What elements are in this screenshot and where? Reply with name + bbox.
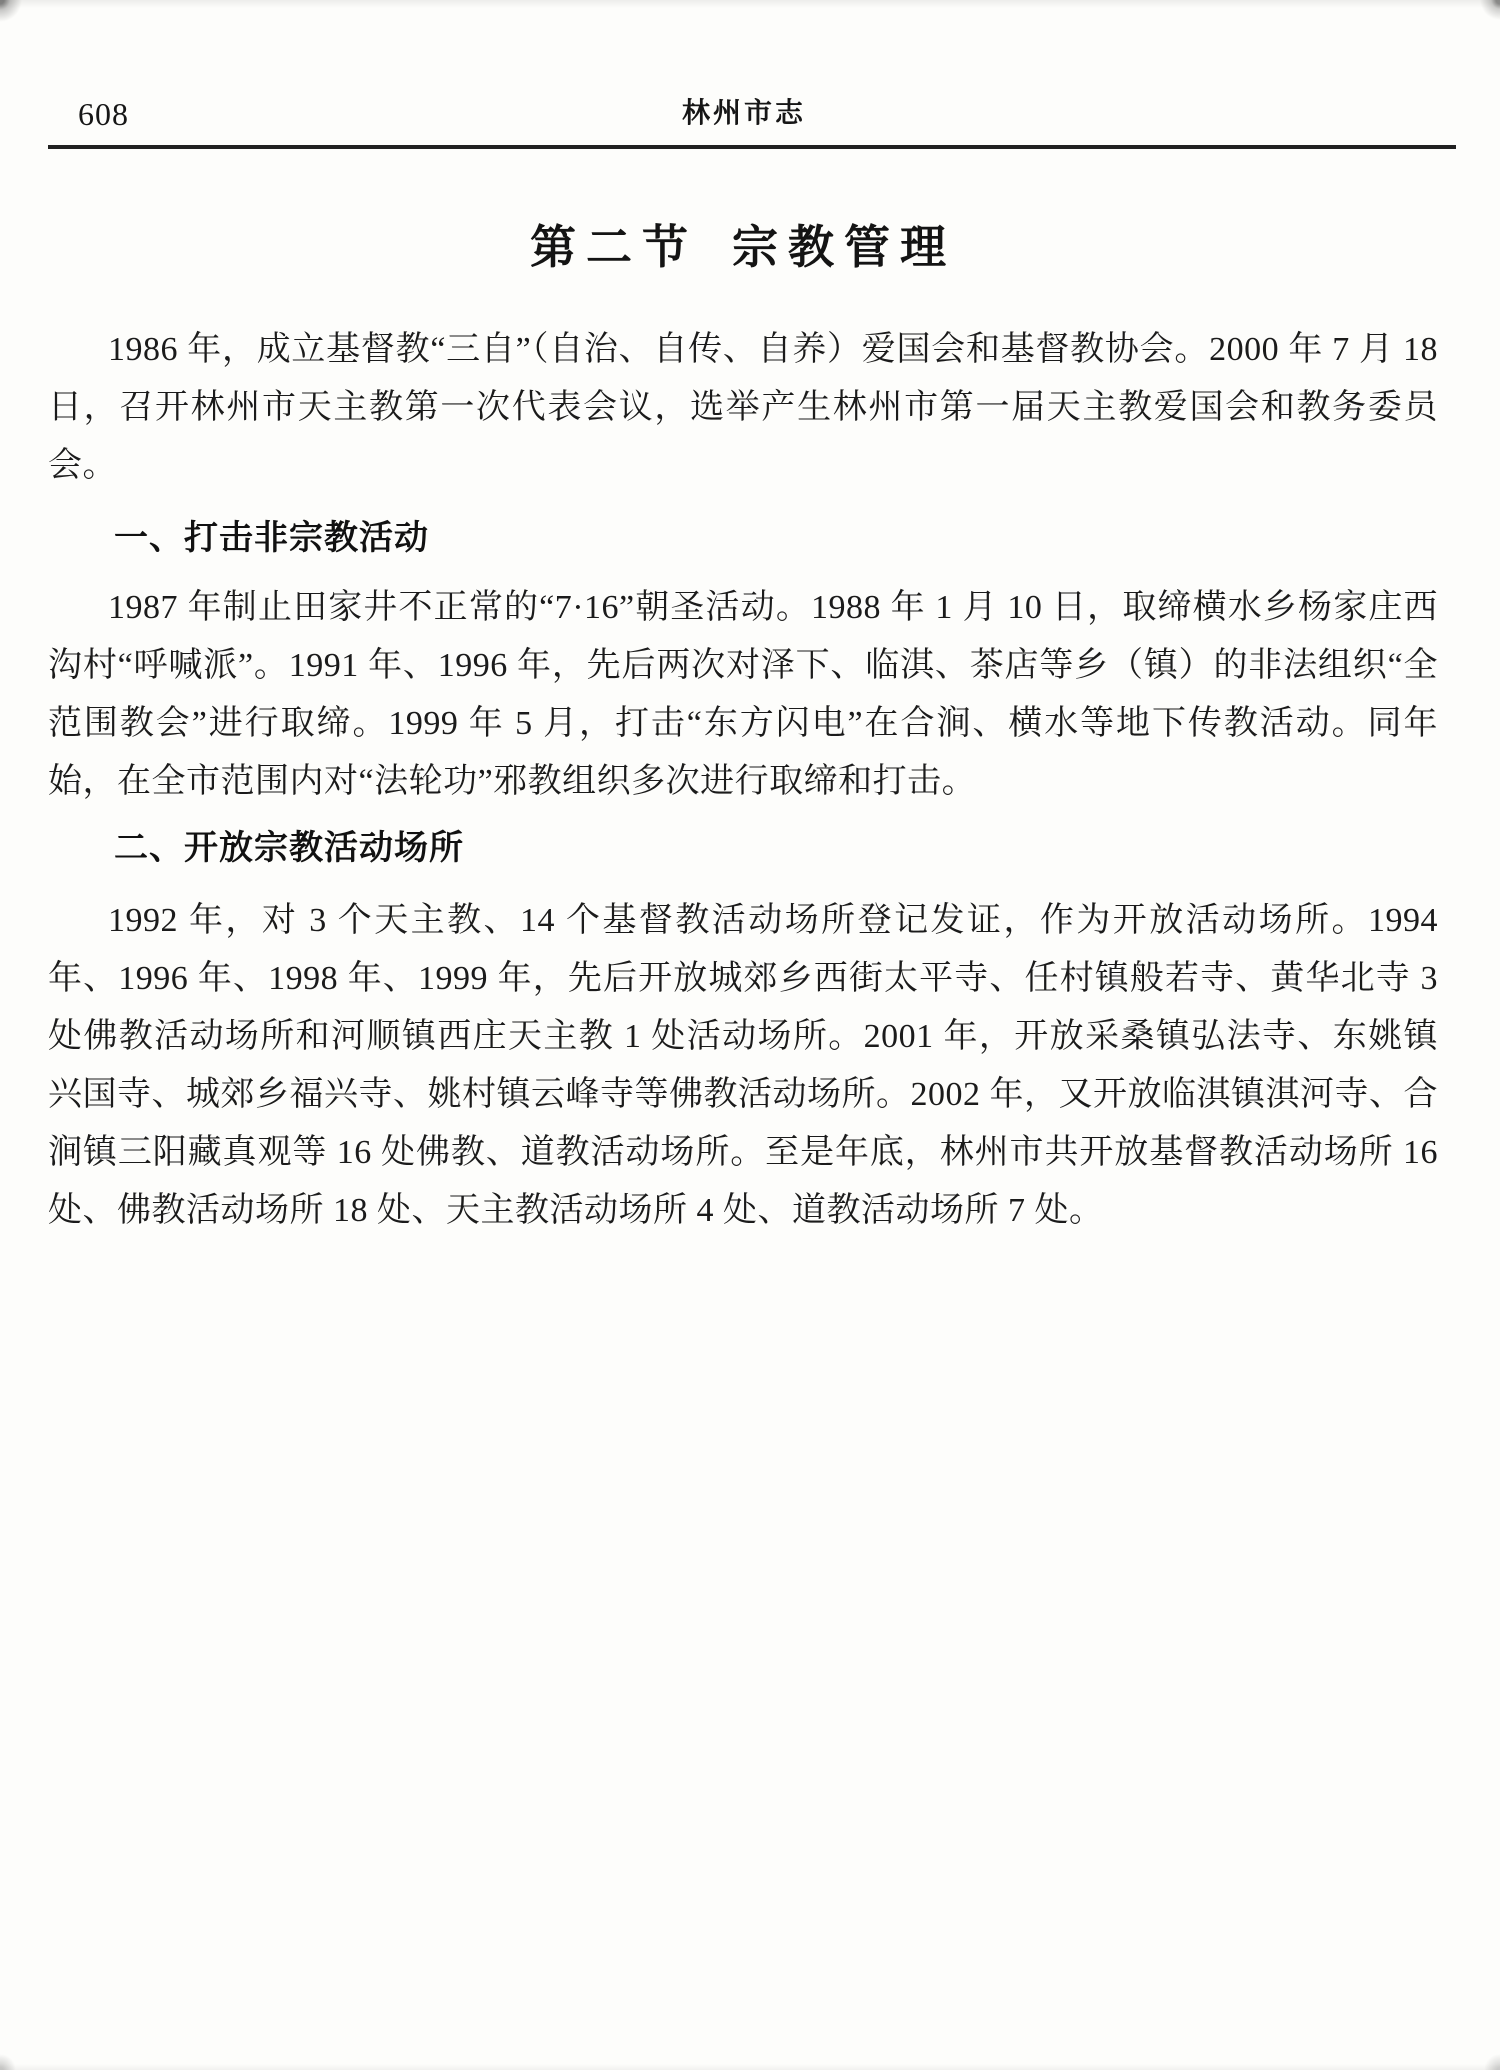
section-title-number: 第二节	[530, 222, 698, 273]
text-column: 第二节宗教管理 1986 年，成立基督教“三自”（自治、自传、自养）爱国会和基督…	[48, 0, 1438, 1240]
subsection-heading-1: 一、打击非宗教活动	[48, 515, 1438, 561]
section-title: 第二节宗教管理	[48, 217, 1438, 279]
section-title-name: 宗教管理	[732, 222, 956, 273]
subsection-paragraph-2: 1992 年，对 3 个天主教、14 个基督教活动场所登记发证，作为开放活动场所…	[48, 892, 1438, 1240]
subsection-heading-2: 二、开放宗教活动场所	[48, 825, 1438, 871]
intro-paragraph: 1986 年，成立基督教“三自”（自治、自传、自养）爱国会和基督教协会。2000…	[48, 321, 1438, 495]
subsection-paragraph-1: 1987 年制止田家井不正常的“7·16”朝圣活动。1988 年 1 月 10 …	[48, 579, 1438, 811]
scanned-book-page: 608 林州市志 第二节宗教管理 1986 年，成立基督教“三自”（自治、自传、…	[0, 0, 1500, 2070]
